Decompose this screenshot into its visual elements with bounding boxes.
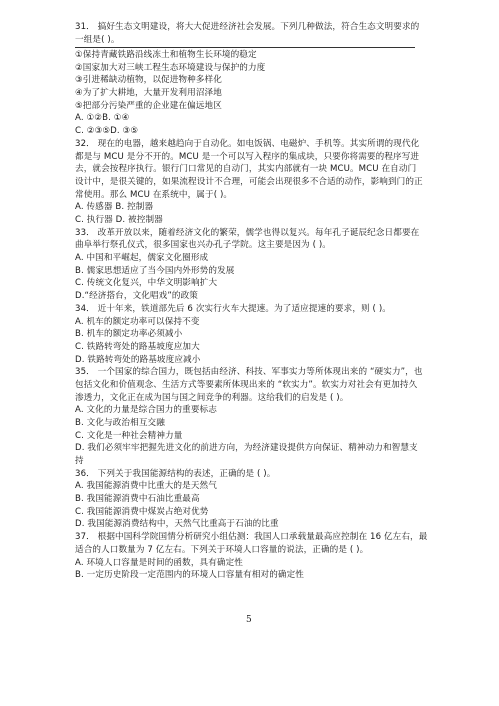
question-31-option: C. ②③⑤D. ③⑤ [75,125,138,137]
question-34-stem-line-1: 34． 近十年来，铁道部先后 6 次实行火车大提速。为了适应提速的要求，则 ( … [75,303,391,315]
question-33-stem-line-1: 33． 改革开放以来，随着经济文化的繁荣，儒学也得以复兴。每年孔子诞辰纪念日都要… [75,227,419,239]
document-page: 31． 搞好生态文明建设，将大大促进经济社会发展。下列几种做法，符合生态文明要求… [0,0,499,706]
question-32-option: A. 传感器 B. 控制器 [75,201,153,213]
question-31-option: ④为了扩大耕地，大量开发利用沼泽地 [75,87,222,99]
question-33-option: D.“经济搭台，文化唱戏”的政策 [75,290,198,302]
question-35-stem-line-3: 渗透力，文化正在成为国与国之间竞争的利器。这给我们的启发是 ( )。 [75,392,348,404]
question-31-option: ③引进稀缺动植物，以促进物种多样化 [75,74,222,86]
question-35-option: C. 文化是一种社会精神力量 [75,430,182,442]
question-31-option: ②国家加大对三峡工程生态环境建设与保护的力度 [75,62,265,74]
question-32-stem-line-2: 都是与 MCU 是分不开的。MCU 是一个可以写入程序的集成块，只要你将需要的程… [75,151,419,163]
question-37-option: B. 一定历史阶段一定范围内的环境人口容量有相对的确定性 [75,569,304,581]
question-34-option: D. 铁路转弯处的路基坡度应减小 [75,354,200,366]
question-36-option: C. 我国能源消费中煤炭占绝对优势 [75,506,208,518]
question-37-stem-line-2: 适合的人口数量为 7 亿左右。下列关于环境人口容量的说法，正确的是 ( )。 [75,544,368,556]
question-35-option: A. 文化的力量是综合国力的重要标志 [75,404,217,416]
question-31-option: ①保持青藏铁路沿线冻土和植物生长环境的稳定 [75,49,257,61]
question-35-option: D. 我们必须牢牢把握先进文化的前进方向，为经济建设提供方向保证、精神动力和智慧… [75,442,418,454]
question-31-stem-line-1: 31． 搞好生态文明建设，将大大促进经济社会发展。下列几种做法，符合生态文明要求… [75,21,419,33]
question-37-option: A. 环境人口容量是时间的函数，具有确定性 [75,557,243,569]
question-32-stem-line-4: 设计中，是很关键的，如果流程设计不合理，可能会出现很多不合适的动作，影响到门的正 [75,176,423,188]
question-33-option: A. 中国和平崛起，儒家文化圈形成 [75,252,208,264]
question-32-stem-line-5: 常使用。那么 MCU 在系统中，属于( )。 [75,189,232,201]
question-35-stem-line-1: 35． 一个国家的综合国力，既包括由经济、科技、军事实力等所体现出来的 “硬实力… [75,366,423,378]
question-36-option: D. 我国能源消费结构中，天然气比重高于石油的比重 [75,518,279,530]
question-31-stem-line-2: 一组是( )。 [75,34,120,46]
question-35-option: B. 文化与政治相互交融 [75,417,165,429]
question-34-option: B. 机车的额定功率必须减小 [75,328,182,340]
question-32-stem-line-3: 去，就会按程序执行。银行门口常见的自动门，其实内部就有一块 MCU。MCU 在自… [75,163,416,175]
question-34-option: C. 铁路转弯处的路基坡度应加大 [75,341,200,353]
page-number: 5 [246,615,252,625]
question-35-option: 持 [75,455,84,467]
question-32-option: C. 执行器 D. 被控制器 [75,214,163,226]
question-36-stem-line-1: 36． 下列关于我国能源结构的表述，正确的是 ( )。 [75,468,275,480]
question-36-option: A. 我国能源消费中比重大的是天然气 [75,480,217,492]
question-36-option: B. 我国能源消费中石油比重最高 [75,493,200,505]
question-31-option: ⑤把部分污染严重的企业建在偏远地区 [75,100,222,112]
question-34-option: A. 机车的额定功率可以保持不变 [75,316,200,328]
question-31-option: A. ①②B. ①④ [75,112,129,124]
question-33-stem-line-2: 曲阜举行祭孔仪式，很多国家也兴办孔子学院。这主要是因为 ( )。 [75,239,331,251]
horizontal-rule [75,47,415,48]
question-35-stem-line-2: 包括文化和价值观念、生活方式等要素所体现出来的 “软实力”。软实力对社会有更加持… [75,379,417,391]
question-33-option: C. 传统文化复兴，中华文明影响扩大 [75,277,217,289]
question-33-option: B. 儒家思想适应了当今国内外形势的发展 [75,265,234,277]
question-37-stem-line-1: 37． 根据中国科学院国情分析研究小组估测：我国人口承载量最高应控制在 16 亿… [75,531,427,543]
question-32-stem-line-1: 32． 现在的电器，越来越趋向于自动化。如电饭锅、电磁炉、手机等。其实所谓的现代… [75,138,419,150]
